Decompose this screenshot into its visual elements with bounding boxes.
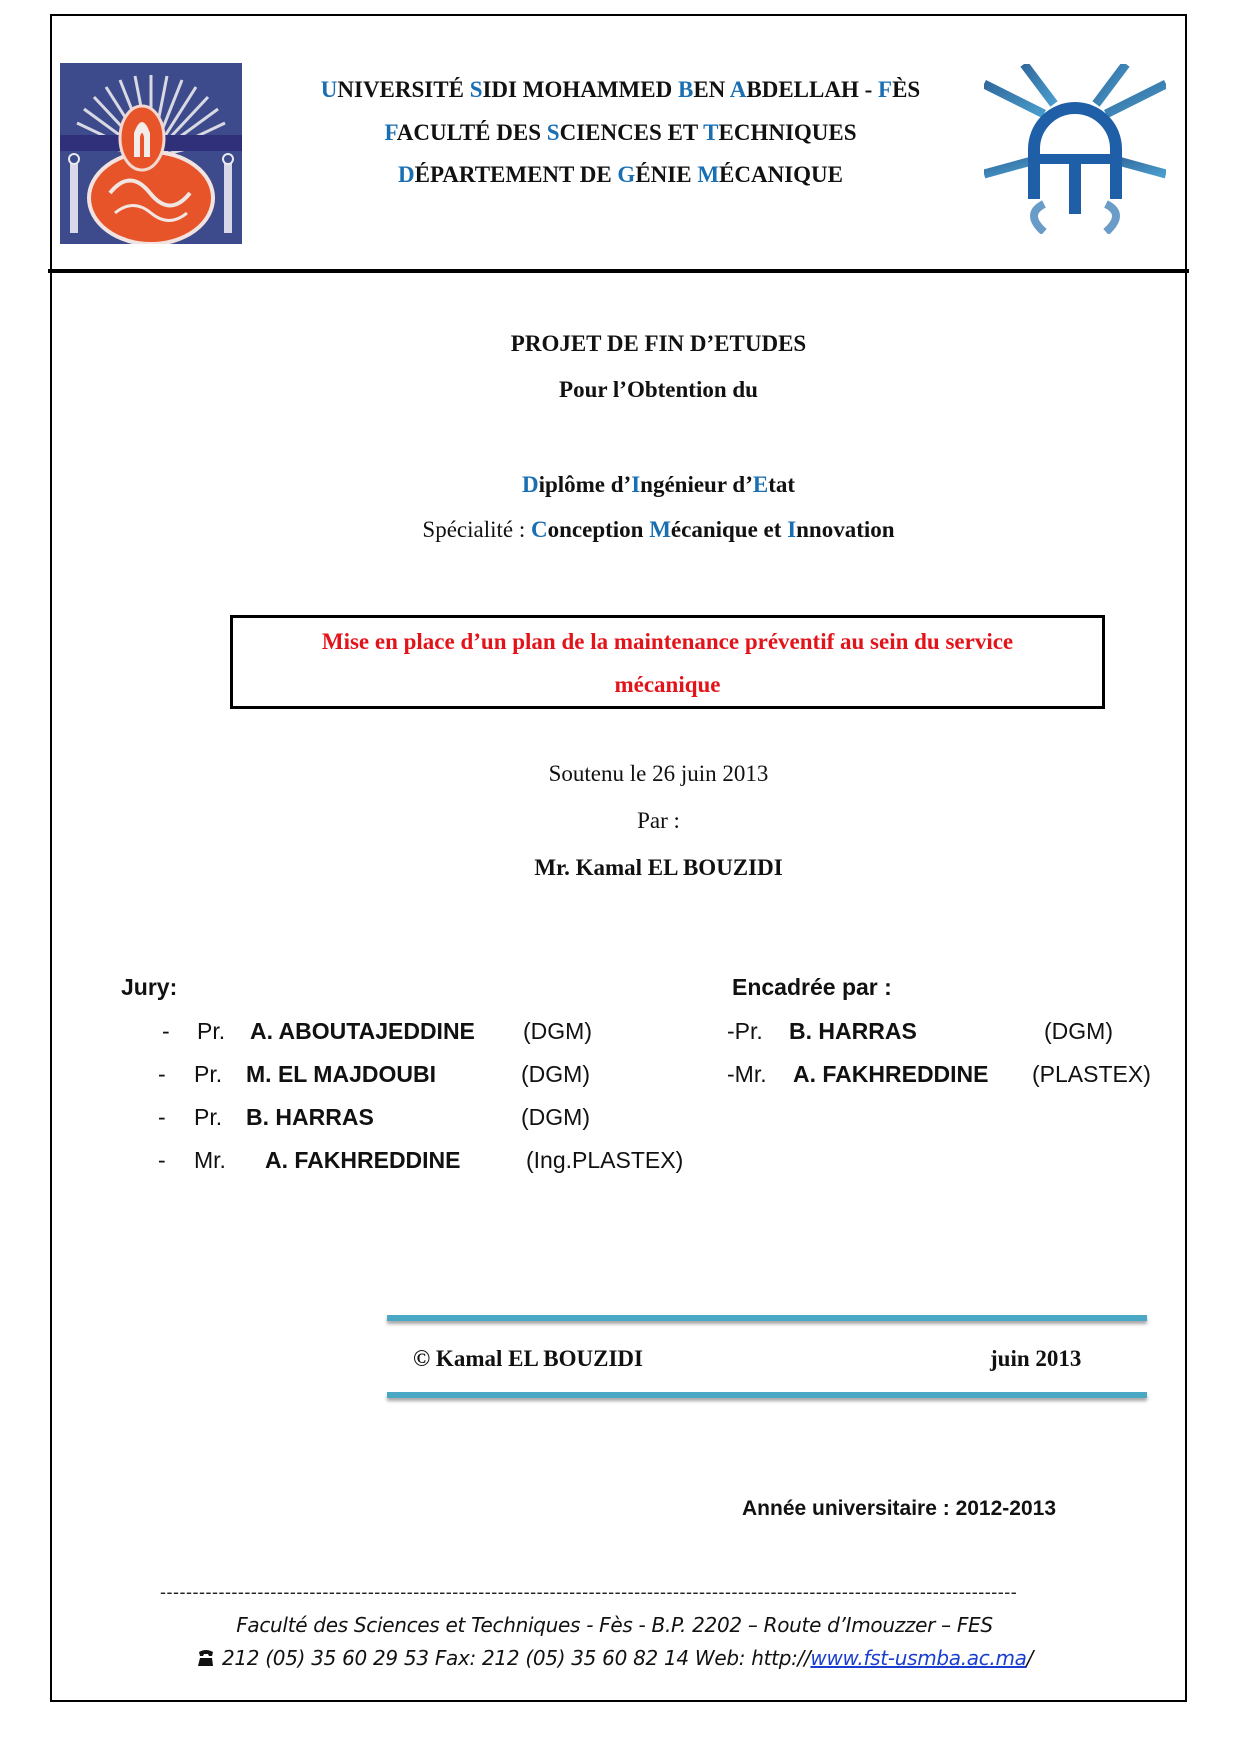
speciality-label: Spécialité : — [422, 517, 531, 542]
accent-initial: G — [617, 162, 635, 187]
footer-address: Faculté des Sciences et Techniques - Fès… — [0, 1613, 1235, 1637]
jury-member-title: Pr. — [194, 1104, 222, 1131]
author-name: Mr. Kamal EL BOUZIDI — [38, 855, 1241, 881]
accent-initial: I — [631, 472, 640, 497]
contact-numbers: 212 (05) 35 60 29 53 Fax: 212 (05) 35 60… — [216, 1646, 811, 1670]
text-segment: onception — [548, 517, 650, 542]
jury-member-title: Pr. — [197, 1018, 225, 1045]
text-segment: NIVERSITÉ — [337, 77, 469, 102]
text-segment: ACULTÉ DES — [397, 120, 547, 145]
academic-year: Année universitaire : 2012-2013 — [742, 1497, 1056, 1521]
university-name: UNIVERSITÉ SIDI MOHAMMED BEN ABDELLAH - … — [0, 77, 1241, 103]
speciality-line: Spécialité : Conception Mécanique et Inn… — [38, 517, 1241, 543]
project-title-line-1: Mise en place d’un plan de la maintenanc… — [233, 620, 1102, 663]
jury-member-affiliation: (DGM) — [521, 1104, 590, 1131]
text-segment: ngénieur d’ — [640, 472, 753, 497]
accent-initial: B — [678, 77, 693, 102]
text-segment: EN — [693, 77, 729, 102]
faculty-name: FACULTÉ DES SCIENCES ET TECHNIQUES — [0, 120, 1241, 146]
project-heading: PROJET DE FIN D’ETUDES — [38, 331, 1241, 357]
accent-initial: M — [649, 517, 671, 542]
text-segment: nnovation — [796, 517, 894, 542]
jury-member-name: B. HARRAS — [246, 1104, 374, 1131]
jury-member-name: M. EL MAJDOUBI — [246, 1061, 436, 1088]
text-segment: écanique et — [671, 517, 787, 542]
project-title-box: Mise en place d’un plan de la maintenanc… — [230, 615, 1105, 709]
jury-member-affiliation: (DGM) — [523, 1018, 592, 1045]
defense-date: Soutenu le 26 juin 2013 — [38, 761, 1241, 787]
supervisor-name: B. HARRAS — [789, 1018, 917, 1045]
jury-member-dash: - — [158, 1104, 166, 1131]
accent-initial: U — [321, 77, 338, 102]
footer-contact: 212 (05) 35 60 29 53 Fax: 212 (05) 35 60… — [0, 1646, 1235, 1670]
text-segment: tat — [768, 472, 795, 497]
accent-initial: D — [522, 472, 539, 497]
text-segment: ÉCANIQUE — [719, 162, 843, 187]
copyright-owner: © Kamal EL BOUZIDI — [413, 1346, 643, 1372]
text-segment: ÉNIE — [635, 162, 697, 187]
text-segment: iplôme d’ — [539, 472, 632, 497]
jury-member-affiliation: (DGM) — [521, 1061, 590, 1088]
accent-initial: C — [531, 517, 548, 542]
supervisor-name: A. FAKHREDDINE — [793, 1061, 989, 1088]
department-name: DÉPARTEMENT DE GÉNIE MÉCANIQUE — [0, 162, 1241, 188]
jury-member-dash: - — [158, 1061, 166, 1088]
text-segment: ÈS — [892, 77, 920, 102]
text-segment: IDI MOHAMMED — [482, 77, 677, 102]
diploma-title: Diplôme d’Ingénieur d’Etat — [38, 472, 1241, 498]
header-divider — [48, 269, 1189, 273]
copyright-date: juin 2013 — [990, 1346, 1081, 1372]
jury-member-name: A. FAKHREDDINE — [265, 1147, 461, 1174]
accent-initial: F — [384, 120, 396, 145]
accent-initial: S — [470, 77, 483, 102]
jury-label: Jury: — [121, 974, 177, 1001]
text-segment: CIENCES ET — [560, 120, 704, 145]
accent-initial: I — [787, 517, 796, 542]
copyright-rule-bottom — [387, 1392, 1147, 1398]
jury-member-dash: - — [162, 1018, 170, 1045]
supervisor-affiliation: (PLASTEX) — [1032, 1061, 1151, 1088]
accent-initial: M — [697, 162, 719, 187]
supervisor-title: -Pr. — [727, 1018, 763, 1045]
website-link[interactable]: www.fst-usmba.ac.ma — [810, 1646, 1026, 1670]
supervisors-label: Encadrée par : — [732, 974, 892, 1001]
text-segment: ECHNIQUES — [719, 120, 857, 145]
accent-initial: F — [878, 77, 892, 102]
accent-initial: D — [398, 162, 415, 187]
speciality-value: Conception Mécanique et Innovation — [531, 517, 895, 542]
copyright-rule-top — [387, 1315, 1147, 1321]
supervisor-title: -Mr. — [727, 1061, 767, 1088]
accent-initial: E — [753, 472, 768, 497]
text-segment: BDELLAH - — [746, 77, 878, 102]
project-subheading: Pour l’Obtention du — [38, 377, 1241, 403]
footer-separator: ----------------------------------------… — [160, 1582, 1050, 1603]
jury-member-title: Mr. — [194, 1147, 226, 1174]
accent-initial: S — [547, 120, 560, 145]
by-label: Par : — [38, 808, 1241, 834]
jury-member-title: Pr. — [194, 1061, 222, 1088]
jury-member-name: A. ABOUTAJEDDINE — [250, 1018, 475, 1045]
accent-initial: T — [703, 120, 718, 145]
text-segment: ÉPARTEMENT DE — [415, 162, 618, 187]
jury-member-dash: - — [158, 1147, 166, 1174]
contact-suffix: / — [1027, 1646, 1033, 1670]
accent-initial: A — [730, 77, 747, 102]
project-title-line-2: mécanique — [233, 663, 1102, 706]
supervisor-affiliation: (DGM) — [1044, 1018, 1113, 1045]
telephone-icon — [196, 1648, 216, 1666]
jury-member-affiliation: (Ing.PLASTEX) — [526, 1147, 683, 1174]
